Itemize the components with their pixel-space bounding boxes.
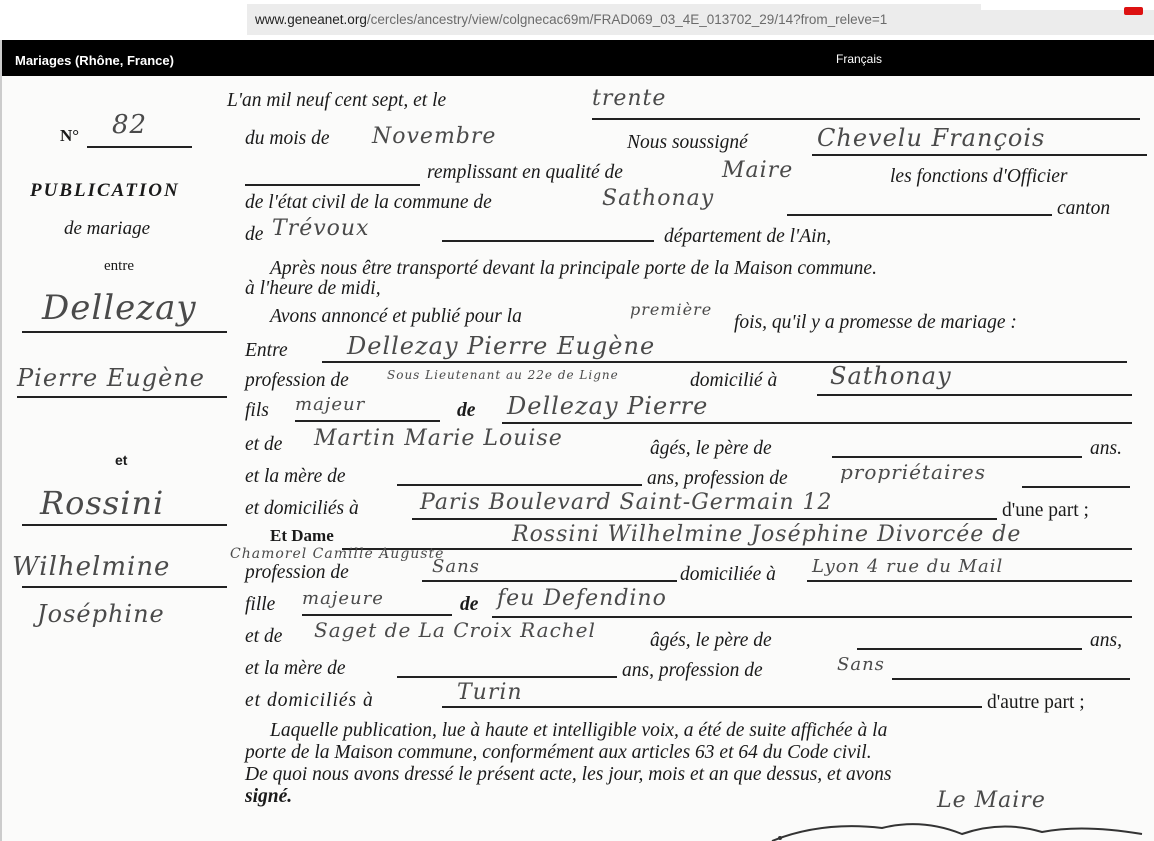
- printed-text: remplissant en qualité de: [427, 162, 623, 184]
- rule: [295, 420, 440, 422]
- printed-text: à l'heure de midi,: [245, 278, 381, 300]
- printed-text: fois, qu'il y a promesse de mariage :: [734, 312, 1017, 334]
- printed-text: et de: [245, 434, 282, 456]
- printed-text: et domiciliés à: [245, 690, 374, 712]
- browser-toolbar: www.geneanet.org/cercles/ancestry/view/c…: [0, 0, 1154, 40]
- printed-text: Nous soussigné: [627, 132, 748, 154]
- printed-text: département de l'Ain,: [664, 226, 831, 248]
- rule: [817, 394, 1132, 396]
- handwritten-bride-father: feu Defendino: [497, 586, 667, 611]
- printed-text: âgés, le père de: [650, 438, 772, 460]
- publication-heading: PUBLICATION: [30, 180, 180, 202]
- printed-text: de: [245, 224, 263, 246]
- printed-text: âgés, le père de: [650, 630, 772, 652]
- handwritten-month: Novembre: [372, 124, 496, 149]
- handwritten-groom-profession: Sous Lieutenant au 22e de Ligne: [387, 368, 619, 382]
- handwritten-groom-name: Dellezay Pierre Eugène: [347, 332, 655, 360]
- language-selector[interactable]: Français: [836, 52, 882, 66]
- handwritten-commune: Sathonay: [602, 186, 714, 211]
- rule: [322, 361, 1127, 363]
- handwritten-canton: Trévoux: [272, 216, 369, 241]
- handwritten-day: trente: [592, 86, 666, 111]
- rule: [422, 580, 677, 582]
- rule: [1022, 486, 1130, 488]
- bride-given-name-2: Joséphine: [37, 600, 165, 628]
- rule: [442, 240, 654, 242]
- handwritten-bride-residence: Lyon 4 rue du Mail: [812, 556, 1003, 577]
- rule: [397, 484, 642, 486]
- extension-badge-icon[interactable]: [1124, 7, 1143, 15]
- printed-text: domiciliée à: [680, 564, 776, 586]
- closing-text: Laquelle publication, lue à haute et int…: [270, 720, 887, 742]
- url-host: www.geneanet.org: [255, 12, 367, 27]
- handwritten-groom-parents-residence: Paris Boulevard Saint-Germain 12: [420, 490, 833, 515]
- groom-surname: Dellezay: [42, 288, 197, 328]
- rule: [812, 154, 1147, 156]
- handwritten-publication-order: première: [630, 300, 712, 319]
- handwritten-officer-name: Chevelu François: [817, 124, 1045, 152]
- printed-text: d'autre part ;: [987, 692, 1085, 714]
- signature-title: Le Maire: [937, 788, 1046, 813]
- document-image[interactable]: N° 82 PUBLICATION de mariage entre Delle…: [0, 76, 1154, 841]
- printed-text: Entre: [245, 340, 288, 362]
- url-path: /cercles/ancestry/view/colgnecac69m/FRAD…: [367, 12, 887, 27]
- rule: [17, 396, 227, 398]
- bride-surname: Rossini: [40, 484, 164, 522]
- printed-text: fils: [245, 400, 269, 422]
- printed-text: L'an mil neuf cent sept, et le: [227, 90, 446, 112]
- printed-text: domicilié à: [690, 370, 777, 392]
- printed-text: Avons annoncé et publié pour la: [270, 306, 522, 328]
- printed-text: d'une part ;: [1002, 500, 1089, 522]
- de-mariage-heading: de mariage: [64, 218, 150, 240]
- printed-text: profession de: [245, 562, 349, 584]
- handwritten-bride-parents-residence: Turin: [457, 680, 523, 705]
- record-number: 82: [112, 110, 147, 140]
- printed-text: profession de: [245, 370, 349, 392]
- printed-text: et domiciliés à: [245, 498, 359, 520]
- handwritten-groom-mother: Martin Marie Louise: [314, 426, 563, 451]
- rule: [22, 586, 227, 588]
- bride-given-name-1: Wilhelmine: [12, 552, 170, 582]
- printed-text: et la mère de: [245, 658, 346, 680]
- rule: [442, 706, 982, 708]
- rule: [892, 678, 1130, 680]
- printed-text: et la mère de: [245, 466, 346, 488]
- rule: [807, 580, 1132, 582]
- entre-label: entre: [104, 258, 134, 275]
- groom-given-names: Pierre Eugène: [17, 364, 205, 392]
- printed-text: ans,: [1090, 630, 1122, 652]
- rule: [245, 184, 420, 186]
- printed-text: fille: [245, 594, 275, 616]
- printed-text: ans, profession de: [647, 468, 788, 490]
- handwritten-bride-mother: Saget de La Croix Rachel: [314, 618, 596, 642]
- handwritten-bride-name: Rossini Wilhelmine Joséphine Divorcée de: [512, 522, 1021, 547]
- printed-text: les fonctions d'Officier: [890, 166, 1067, 188]
- rule: [22, 331, 227, 333]
- printed-text: Et Dame: [270, 526, 334, 546]
- collection-title: Mariages (Rhône, France): [15, 53, 174, 68]
- rule: [397, 676, 617, 678]
- printed-text: Après nous être transporté devant la pri…: [270, 258, 877, 280]
- rule: [832, 456, 1082, 458]
- rule: [857, 648, 1082, 650]
- rule: [302, 614, 452, 616]
- closing-text: signé.: [245, 786, 292, 808]
- address-bar[interactable]: www.geneanet.org/cercles/ancestry/view/c…: [247, 4, 981, 35]
- rule: [412, 518, 997, 520]
- signature-mark: [762, 816, 1152, 841]
- printed-text: de: [457, 400, 475, 422]
- handwritten-bride-parents-profession: Sans: [837, 654, 885, 675]
- printed-text: du mois de: [245, 128, 330, 150]
- handwritten-groom-father: Dellezay Pierre: [507, 392, 708, 420]
- viewer-header: Mariages (Rhône, France) Français: [0, 40, 1154, 76]
- handwritten-bride-status: majeure: [302, 588, 384, 609]
- printed-text: ans.: [1090, 438, 1122, 460]
- printed-text: de: [460, 594, 478, 616]
- closing-text: De quoi nous avons dressé le présent act…: [245, 764, 891, 786]
- printed-text: ans, profession de: [622, 660, 763, 682]
- rule: [592, 118, 1140, 120]
- rule: [22, 524, 227, 526]
- et-label: et: [115, 452, 127, 468]
- rule: [342, 548, 1132, 550]
- closing-text: porte de la Maison commune, conformément…: [245, 742, 872, 764]
- handwritten-groom-status: majeur: [295, 394, 365, 415]
- handwritten-groom-residence: Sathonay: [830, 362, 952, 390]
- record-number-label: N°: [60, 126, 79, 146]
- rule: [87, 146, 192, 148]
- handwritten-role: Maire: [722, 158, 793, 183]
- printed-text: de l'état civil de la commune de: [245, 192, 492, 214]
- handwritten-parents-profession: propriétaires: [840, 460, 986, 484]
- rule: [787, 214, 1052, 216]
- rule: [502, 422, 1132, 424]
- handwritten-bride-profession: Sans: [432, 556, 480, 577]
- handwritten-ex-husband: Chamorel Camille Auguste: [230, 546, 444, 562]
- printed-text: canton: [1057, 198, 1110, 220]
- printed-text: et de: [245, 626, 282, 648]
